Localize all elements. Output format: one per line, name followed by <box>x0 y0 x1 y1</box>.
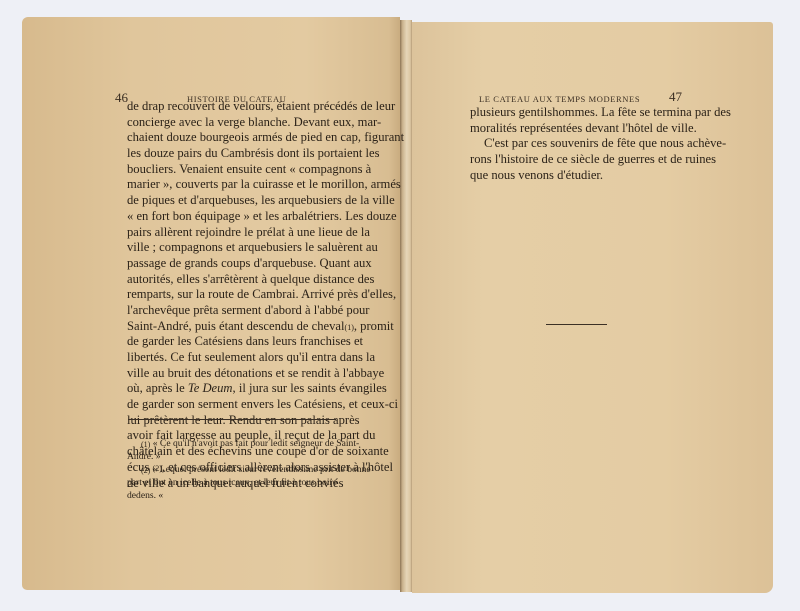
text-line: l'archevêque prêta serment d'abord à l'a… <box>127 303 337 319</box>
footnote-marker: (2) <box>141 466 150 475</box>
text-line: plusieurs gentilshommes. La fête se term… <box>470 105 680 121</box>
text-line: où, après le Te Deum, il jura sur les sa… <box>127 381 337 397</box>
text-line: de drap recouvert de velours, étaient pr… <box>127 99 337 115</box>
text-line: concierge avec la verge blanche. Devant … <box>127 115 337 131</box>
text-line: de garder les Catésiens dans leurs franc… <box>127 334 337 350</box>
footnote-2: (2) « Lequel présent ledit sieur révéren… <box>127 463 337 476</box>
text-line: de piques et d'arquebuses, les arquebusi… <box>127 193 337 209</box>
text-fragment: où, après le <box>127 381 185 395</box>
text-fragment: Saint-André, puis étant descendu de chev… <box>127 319 345 333</box>
left-page: 46 HISTOIRE DU CATEAU de drap recouvert … <box>22 17 400 590</box>
footnote-marker: (1) <box>141 440 150 449</box>
text-line: Saint-André, puis étant descendu de chev… <box>127 319 337 335</box>
text-fragment: , il jura sur les saints évangiles <box>233 381 387 395</box>
text-line: remparts, sur la route de Cambrai. Arriv… <box>127 287 337 303</box>
text-line: chaient douze bourgeois armés de pied en… <box>127 130 337 146</box>
text-line: passage de grands coups d'arquebuse. Qua… <box>127 256 337 272</box>
footnote-2-cont: part et but en icelle à tous iceux, et l… <box>127 476 337 489</box>
text-line: les douze pairs du Cambrésis dont ils po… <box>127 146 337 162</box>
text-line: « en fort bon équipage » et les arbalétr… <box>127 209 337 225</box>
footnote-text: « Ce qu'il n'avoit pas fait pour ledit s… <box>153 438 359 449</box>
text-line: moralités représentées devant l'hôtel de… <box>470 121 680 137</box>
body-text: de drap recouvert de velours, étaient pr… <box>127 99 337 491</box>
text-line: ville ; compagnons et arquebusiers le sa… <box>127 240 337 256</box>
text-line: C'est par ces souvenirs de fête que nous… <box>470 136 680 152</box>
text-line: pairs allèrent rejoindre le prélat à une… <box>127 225 337 241</box>
footnotes: (1) « Ce qu'il n'avoit pas fait pour led… <box>127 437 337 502</box>
book-gutter <box>400 20 412 592</box>
footnote-rule <box>128 419 336 420</box>
page-number: 47 <box>669 89 682 105</box>
text-line: autorités, elles s'arrêtèrent à quelque … <box>127 272 337 288</box>
text-line: marier », couverts par la cuirasse et le… <box>127 177 337 193</box>
footnote-ref-1[interactable]: (1) <box>345 323 354 332</box>
text-line: ville au bruit des détonations et se ren… <box>127 366 337 382</box>
footnote-text: « Lequel présent ledit sieur révérendiss… <box>153 464 371 475</box>
body-text: plusieurs gentilshommes. La fête se term… <box>470 105 680 183</box>
footnote-1: (1) « Ce qu'il n'avoit pas fait pour led… <box>127 437 337 450</box>
italic-term: Te Deum <box>188 381 233 395</box>
text-line: lui prêtèrent le leur. Rendu en son pala… <box>127 413 337 429</box>
text-fragment: , promit <box>354 319 394 333</box>
text-line: rons l'histoire de ce siècle de guerres … <box>470 152 680 168</box>
end-of-chapter-rule <box>546 324 607 325</box>
running-head: LE CATEAU AUX TEMPS MODERNES <box>479 94 640 104</box>
text-line: de garder son serment envers les Catésie… <box>127 397 337 413</box>
footnote-1-cont: André. » <box>127 450 337 463</box>
text-line: que nous venons d'étudier. <box>470 168 680 184</box>
right-page: LE CATEAU AUX TEMPS MODERNES 47 plusieur… <box>412 22 773 593</box>
text-line: libertés. Ce fut seulement alors qu'il e… <box>127 350 337 366</box>
footnote-2-cont: dedens. « <box>127 489 337 502</box>
text-line: boucliers. Venaient ensuite cent « compa… <box>127 162 337 178</box>
